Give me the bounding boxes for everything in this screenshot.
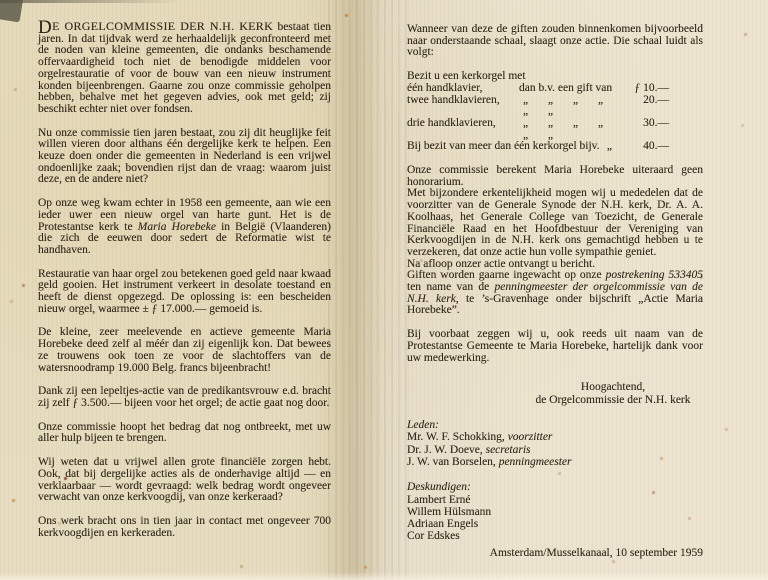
members-heading: Leden:: [407, 419, 703, 431]
expert-item: Willem Hülsmann: [407, 506, 703, 518]
scale-row-amount: 40.—: [617, 141, 669, 153]
text-run: bestaat tien jaren. In dat tijdvak werd …: [38, 21, 331, 115]
member-role: penningmeester: [499, 456, 572, 468]
gift-scale-row: drie handklavieren,„ „ „ „ „ „30.—: [407, 118, 669, 141]
paragraph: Giften worden gaarne ingewacht op onze p…: [407, 270, 703, 317]
member-role: secretaris: [486, 444, 531, 456]
expert-name: Willem Hülsmann: [407, 506, 491, 518]
scale-row-amount: 30.—: [617, 118, 669, 141]
member-name: Dr. J. W. Doeve,: [407, 444, 486, 456]
paragraph: Bij voorbaat zeggen wij u, ook reeds uit…: [407, 329, 703, 364]
scale-row-amount: 20.—: [617, 95, 669, 118]
scale-row-amount: ƒ 10.—: [617, 83, 669, 95]
scale-row-label: drie handklavieren,: [407, 118, 519, 141]
member-item: J. W. van Borselen, penningmeester: [407, 456, 703, 468]
paragraph: Dank zij een lepeltjes-actie van de pred…: [38, 386, 331, 409]
text-run: Dank zij een lepeltjes-actie van de pred…: [38, 385, 331, 409]
scan-top-edge: [0, 0, 180, 3]
closing-block: Hoogachtend, de Orgelcommissie der N.H. …: [523, 381, 703, 406]
text-run: Onze commissie berekent Maria Horebeke u…: [407, 164, 703, 188]
text-run: Giften worden gaarne ingewacht op onze: [407, 269, 606, 281]
member-role: voorzitter: [508, 431, 553, 443]
member-item: Mr. W. F. Schokking, voorzitter: [407, 431, 703, 443]
intro-paragraph: Wanneer van deze de giften zouden binnen…: [407, 24, 703, 59]
gift-scale-rows: één handklavier,dan b.v. een gift vanƒ 1…: [407, 83, 669, 153]
scale-row-label: één handklavier,: [407, 83, 519, 95]
experts-heading: Deskundigen:: [407, 481, 703, 493]
paragraph: Nu onze commissie tien jaren bestaat, zo…: [38, 128, 331, 187]
text-run: ten name van de: [407, 281, 495, 293]
opening-caps: E ORGELCOMMISSIE DER N.H. KERK: [52, 19, 273, 33]
member-name: J. W. van Borselen,: [407, 456, 499, 468]
scale-row-ditto: „ „ „ „ „ „: [519, 118, 617, 141]
scale-row-label: Bij bezit van meer dan één kerkorgel bij…: [407, 141, 600, 153]
paragraph: Wij weten dat u vrijwel allen grote fina…: [38, 457, 331, 504]
text-run: Ons werk bracht ons in tien jaar in cont…: [38, 515, 331, 539]
paragraph: Restauratie van haar orgel zou betekenen…: [38, 269, 331, 316]
gift-scale: Bezit u een kerkorgel met één handklavie…: [407, 71, 669, 153]
member-name: Mr. W. F. Schokking,: [407, 431, 508, 443]
scale-row-label: twee handklavieren,: [407, 95, 519, 118]
paragraph: Op onze weg kwam echter in 1958 een geme…: [38, 198, 331, 257]
scan-bottom-edge: [0, 572, 768, 580]
members-list: Leden: Mr. W. F. Schokking, voorzitterDr…: [407, 419, 703, 468]
paragraph: Onze commissie berekent Maria Horebeke u…: [407, 165, 703, 188]
text-run: De kleine, zeer meelevende en actieve ge…: [38, 326, 331, 373]
expert-item: Adriaan Engels: [407, 518, 703, 530]
paragraph: Ons werk bracht ons in tien jaar in cont…: [38, 516, 331, 539]
expert-name: Cor Edskes: [407, 530, 460, 542]
right-page: Wanneer van deze de giften zouden binnen…: [407, 24, 703, 572]
text-run: Restauratie van haar orgel zou betekenen…: [38, 268, 331, 315]
expert-name: Lambert Erné: [407, 494, 471, 506]
text-run: Onze commissie hoopt het bedrag dat nog …: [38, 421, 331, 445]
member-item: Dr. J. W. Doeve, secretaris: [407, 444, 703, 456]
paragraph: De kleine, zeer meelevende en actieve ge…: [38, 327, 331, 374]
text-run: Na afloop onzer actie ontvangt u bericht…: [407, 258, 595, 270]
experts-rows: Lambert ErnéWillem HülsmannAdriaan Engel…: [407, 494, 703, 543]
expert-name: Adriaan Engels: [407, 518, 478, 530]
text-run: Wanneer van deze de giften zouden binnen…: [407, 23, 703, 58]
scale-row-ditto: dan b.v. een gift van: [519, 83, 617, 95]
italic-text-run: postrekening 533405: [606, 269, 703, 281]
text-run: Met bijzondere erkentelijkheid mogen wij…: [407, 187, 703, 258]
text-run: Bij voorbaat zeggen wij u, ook reeds uit…: [407, 328, 703, 363]
text-run: Nu onze commissie tien jaren bestaat, zo…: [38, 127, 331, 186]
paragraph: DE ORGELCOMMISSIE DER N.H. KERK bestaat …: [38, 21, 331, 116]
italic-text-run: Maria Horebeke: [138, 221, 216, 233]
left-page: DE ORGELCOMMISSIE DER N.H. KERK bestaat …: [38, 21, 331, 551]
closing-signature: de Orgelcommissie der N.H. kerk: [523, 394, 703, 406]
date-line: Amsterdam/Musselkanaal, 10 september 195…: [490, 548, 703, 560]
scanned-letter-spread: DE ORGELCOMMISSIE DER N.H. KERK bestaat …: [0, 0, 768, 580]
members-rows: Mr. W. F. Schokking, voorzitterDr. J. W.…: [407, 431, 703, 468]
scale-row-ditto: „: [600, 141, 617, 153]
expert-item: Cor Edskes: [407, 530, 703, 542]
gift-scale-row: één handklavier,dan b.v. een gift vanƒ 1…: [407, 83, 669, 95]
text-run: Wij weten dat u vrijwel allen grote fina…: [38, 456, 331, 503]
paragraph: Met bijzondere erkentelijkheid mogen wij…: [407, 188, 703, 258]
scale-row-ditto: „ „ „ „ „ „: [519, 95, 617, 118]
expert-item: Lambert Erné: [407, 494, 703, 506]
closing-salutation: Hoogachtend,: [523, 381, 703, 393]
gift-scale-row: Bij bezit van meer dan één kerkorgel bij…: [407, 141, 669, 153]
experts-list: Deskundigen: Lambert ErnéWillem Hülsmann…: [407, 481, 703, 542]
page-fold-gutter: [328, 0, 412, 580]
gift-scale-row: twee handklavieren,„ „ „ „ „ „20.—: [407, 95, 669, 118]
right-page-body: Onze commissie berekent Maria Horebeke u…: [407, 165, 703, 364]
paragraph: Onze commissie hoopt het bedrag dat nog …: [38, 422, 331, 445]
scan-corner-shadow: [0, 0, 24, 22]
